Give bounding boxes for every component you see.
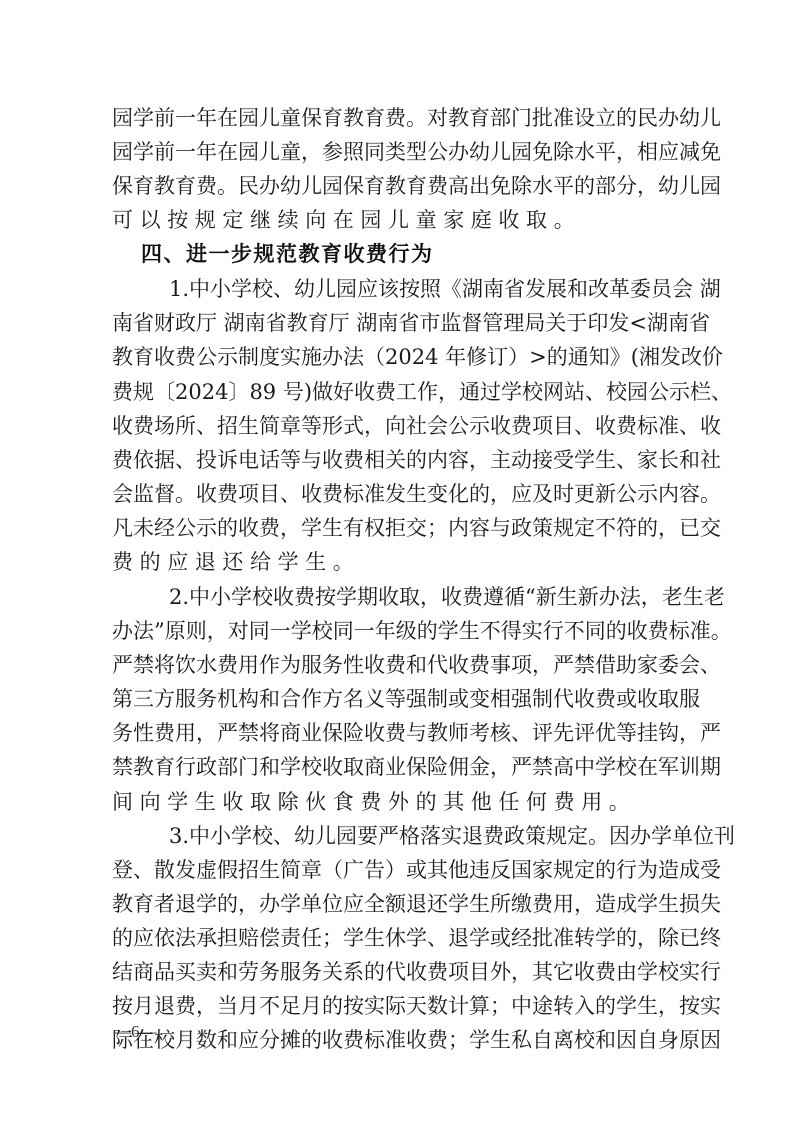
paragraph-line: 际在校月数和应分摊的收费标准收费；学生私自离校和因自身原因: [112, 1023, 684, 1057]
paragraph-line: 间向学生收取除伙食费外的其他任何费用。: [112, 785, 684, 819]
paragraph-line: 第三方服务机构和合作方名义等强制或变相强制代收费或收取服: [112, 682, 684, 716]
paragraph-line: 3.中小学校、幼儿园要严格落实退费政策规定。因办学单位刊: [169, 819, 684, 853]
paragraph-line: 2.中小学校收费按学期收取，收费遵循“新生新办法，老生老: [169, 580, 684, 614]
paragraph-line: 严禁将饮水费用作为服务性收费和代收费事项，严禁借助家委会、: [112, 648, 684, 682]
paragraph-line: 务性费用，严禁将商业保险收费与教师考核、评先评优等挂钩，严: [112, 716, 684, 750]
paragraph-line: 会监督。收费项目、收费标准发生变化的，应及时更新公示内容。: [112, 477, 684, 511]
paragraph-line: 凡未经公示的收费，学生有权拒交；内容与政策规定不符的，已交: [112, 511, 684, 545]
page-number: —6—: [114, 1022, 157, 1042]
section-heading: 四、进一步规范教育收费行为: [141, 237, 434, 271]
paragraph-line: 园学前一年在园儿童保育教育费。对教育部门批准设立的民办幼儿: [112, 101, 684, 135]
paragraph-line: 1.中小学校、幼儿园应该按照《湖南省发展和改革委员会 湖: [169, 272, 684, 306]
paragraph-line: 的应依法承担赔偿责任；学生休学、退学或经批准转学的，除已终: [112, 921, 684, 955]
paragraph-line: 费依据、投诉电话等与收费相关的内容，主动接受学生、家长和社: [112, 443, 684, 477]
paragraph-line: 园学前一年在园儿童，参照同类型公办幼儿园免除水平，相应减免: [112, 135, 684, 169]
document-page: 园学前一年在园儿童保育教育费。对教育部门批准设立的民办幼儿 园学前一年在园儿童，…: [0, 0, 793, 1122]
paragraph-line: 教育收费公示制度实施办法（2024 年修订）>的通知》(湘发改价: [112, 340, 684, 374]
paragraph-line: 登、散发虚假招生简章（广告）或其他违反国家规定的行为造成受: [112, 853, 684, 887]
paragraph-line: 结商品买卖和劳务服务关系的代收费项目外，其它收费由学校实行: [112, 955, 684, 989]
paragraph-line: 办法”原则，对同一学校同一年级的学生不得实行不同的收费标准。: [112, 614, 684, 648]
paragraph-line: 收费场所、招生简章等形式，向社会公示收费项目、收费标准、收: [112, 409, 684, 443]
paragraph-line: 可以按规定继续向在园儿童家庭收取。: [112, 203, 684, 237]
paragraph-line: 禁教育行政部门和学校收取商业保险佣金，严禁高中学校在军训期: [112, 750, 684, 784]
paragraph-line: 费规〔2024〕89 号)做好收费工作，通过学校网站、校园公示栏、: [112, 375, 684, 409]
paragraph-line: 费的应退还给学生。: [112, 545, 684, 579]
paragraph-line: 教育者退学的，办学单位应全额退还学生所缴费用，造成学生损失: [112, 887, 684, 921]
paragraph-line: 按月退费，当月不足月的按实际天数计算；中途转入的学生，按实: [112, 989, 684, 1023]
paragraph-line: 南省财政厅 湖南省教育厅 湖南省市监督管理局关于印发<湖南省: [112, 306, 684, 340]
paragraph-line: 保育教育费。民办幼儿园保育教育费高出免除水平的部分，幼儿园: [112, 169, 684, 203]
